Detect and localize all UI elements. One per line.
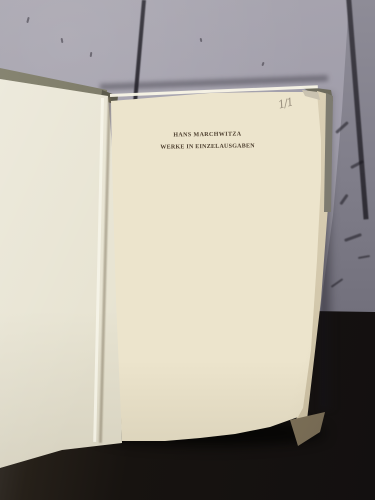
book-photo: HANS MARCHWITZA WERKE IN EINZELAUSGABEN … [0,0,375,500]
half-title-author: HANS MARCHWITZA [147,131,268,140]
half-title-series: WERKE IN EINZELAUSGABEN [147,143,268,152]
pencil-annotation: 1/1 [277,95,294,111]
half-title-text-block: HANS MARCHWITZA WERKE IN EINZELAUSGABEN [147,131,268,152]
